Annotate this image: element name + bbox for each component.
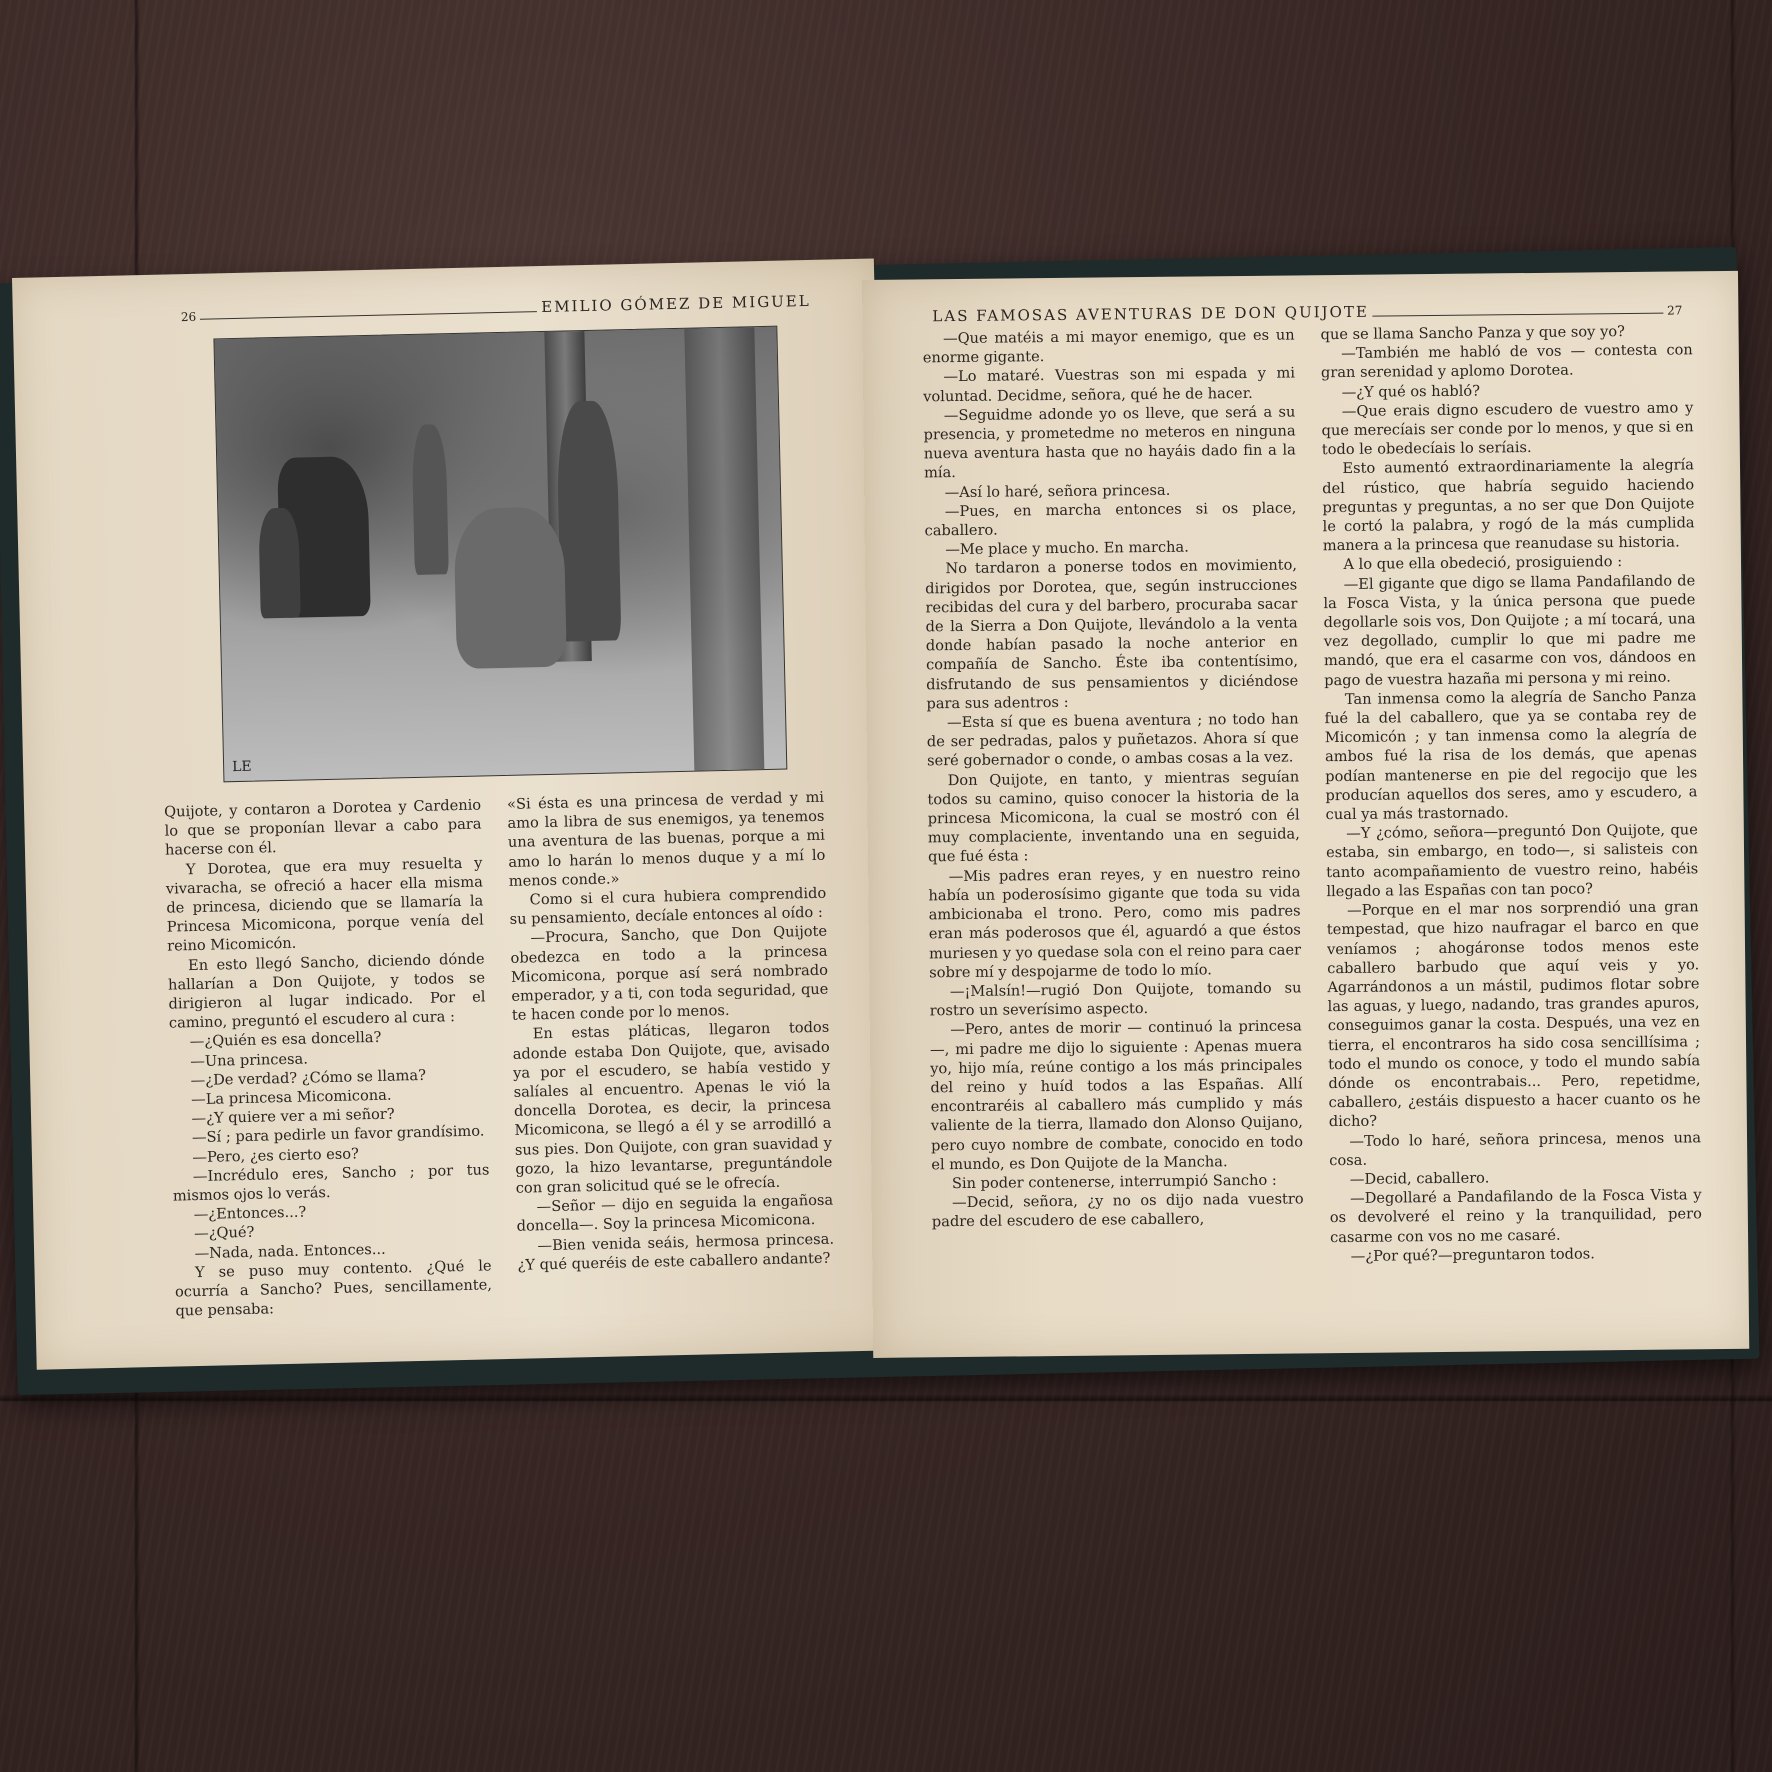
engraving-illustration: LE xyxy=(213,326,787,783)
left-column-2: «Si ésta es una princesa de verdad y mi … xyxy=(507,788,836,1314)
paragraph: —Y ¿cómo, señora—preguntó Don Quijote, q… xyxy=(1326,821,1699,902)
paragraph: —Seguidme adonde yo os lleve, que será a… xyxy=(923,402,1296,483)
paragraph: —Pero, antes de morir — continuó la prin… xyxy=(930,1017,1304,1175)
right-page-text: —Que matéis a mi mayor enemigo, que es u… xyxy=(923,321,1703,1270)
kneeling-lady-figure xyxy=(453,507,567,669)
right-column-1: —Que matéis a mi mayor enemigo, que es u… xyxy=(923,325,1305,1270)
paragraph: En esto llegó Sancho, diciendo dónde hal… xyxy=(167,949,486,1033)
paragraph: «Si ésta es una princesa de verdad y mi … xyxy=(507,788,826,891)
paragraph: —Señor — dijo en seguida la engañosa don… xyxy=(516,1191,834,1237)
paragraph: Esto aumentó extraordinariamente la aleg… xyxy=(1322,456,1695,556)
kneeling-barber-figure xyxy=(258,508,300,619)
paragraph: Don Quijote, en tanto, y mientras seguía… xyxy=(927,767,1300,867)
artist-signature: LE xyxy=(232,759,252,775)
paragraph: Tan inmensa como la alegría de Sancho Pa… xyxy=(1324,686,1697,824)
head-rule xyxy=(1373,313,1663,317)
paragraph: —Decid, señora, ¿y no os dijo nada vuest… xyxy=(932,1190,1304,1232)
right-page: LAS FAMOSAS AVENTURAS DE DON QUIJOTE 27 … xyxy=(862,271,1749,1358)
left-page: 26 EMILIO GÓMEZ DE MIGUEL LE Quijote, y … xyxy=(12,258,899,1369)
paragraph: —Mis padres eran reyes, y en nuestro rei… xyxy=(928,863,1301,982)
paragraph: —¡Malsín!—rugió Don Quijote, tomando su … xyxy=(929,978,1301,1020)
right-column-2: que se llama Sancho Panza y que soy yo? … xyxy=(1320,321,1702,1266)
left-running-head: 26 EMILIO GÓMEZ DE MIGUEL xyxy=(181,292,811,324)
left-column-1: Quijote, y contaron a Dorotea y Cardenio… xyxy=(164,795,493,1321)
paragraph: —Lo mataré. Vuestras son mi espada y mi … xyxy=(923,364,1295,406)
paragraph: —Bien venida seáis, hermosa princesa. ¿Y… xyxy=(517,1229,835,1275)
paragraph: —También me habló de vos — contesta con … xyxy=(1321,341,1693,383)
paragraph: —Degollaré a Pandafilando de la Fosca Vi… xyxy=(1330,1185,1703,1247)
paragraph: Quijote, y contaron a Dorotea y Cardenio… xyxy=(164,795,482,860)
paragraph: No tardaron a ponerse todos en movimient… xyxy=(925,556,1299,714)
left-page-number: 26 xyxy=(181,310,197,324)
paragraph: —El gigante que digo se llama Pandafilan… xyxy=(1323,571,1696,690)
left-page-text: Quijote, y contaron a Dorotea y Cardenio… xyxy=(164,788,836,1321)
paragraph: Y Dorotea, que era muy resuelta y vivara… xyxy=(165,853,484,956)
don-quijote-figure xyxy=(556,400,621,641)
sancho-figure xyxy=(411,424,448,575)
tree-trunk xyxy=(684,327,764,770)
right-page-number: 27 xyxy=(1667,303,1682,317)
left-running-title: EMILIO GÓMEZ DE MIGUEL xyxy=(541,292,811,316)
paragraph: —Porque en el mar nos sorprendió una gra… xyxy=(1327,897,1701,1131)
paragraph: En estas pláticas, llegaron todos adonde… xyxy=(512,1018,833,1198)
paragraph: —Pues, en marcha entonces si os place, c… xyxy=(924,498,1296,540)
paragraph: —¿Por qué?—preguntaron todos. xyxy=(1330,1243,1702,1266)
paragraph: —Que matéis a mi mayor enemigo, que es u… xyxy=(923,325,1295,367)
paragraph: —Todo lo haré, señora princesa, menos un… xyxy=(1329,1128,1701,1170)
paragraph: —Esta sí que es buena aventura ; no todo… xyxy=(927,710,1300,772)
paragraph: Y se puso muy contento. ¿Qué le ocurría … xyxy=(174,1256,492,1321)
paragraph: —Que erais digno escudero de vuestro amo… xyxy=(1321,398,1694,460)
head-rule xyxy=(200,311,537,320)
right-running-title: LAS FAMOSAS AVENTURAS DE DON QUIJOTE xyxy=(932,303,1369,326)
paragraph: —Procura, Sancho, que Don Quijote obedez… xyxy=(510,922,829,1025)
right-running-head: LAS FAMOSAS AVENTURAS DE DON QUIJOTE 27 xyxy=(932,299,1682,325)
